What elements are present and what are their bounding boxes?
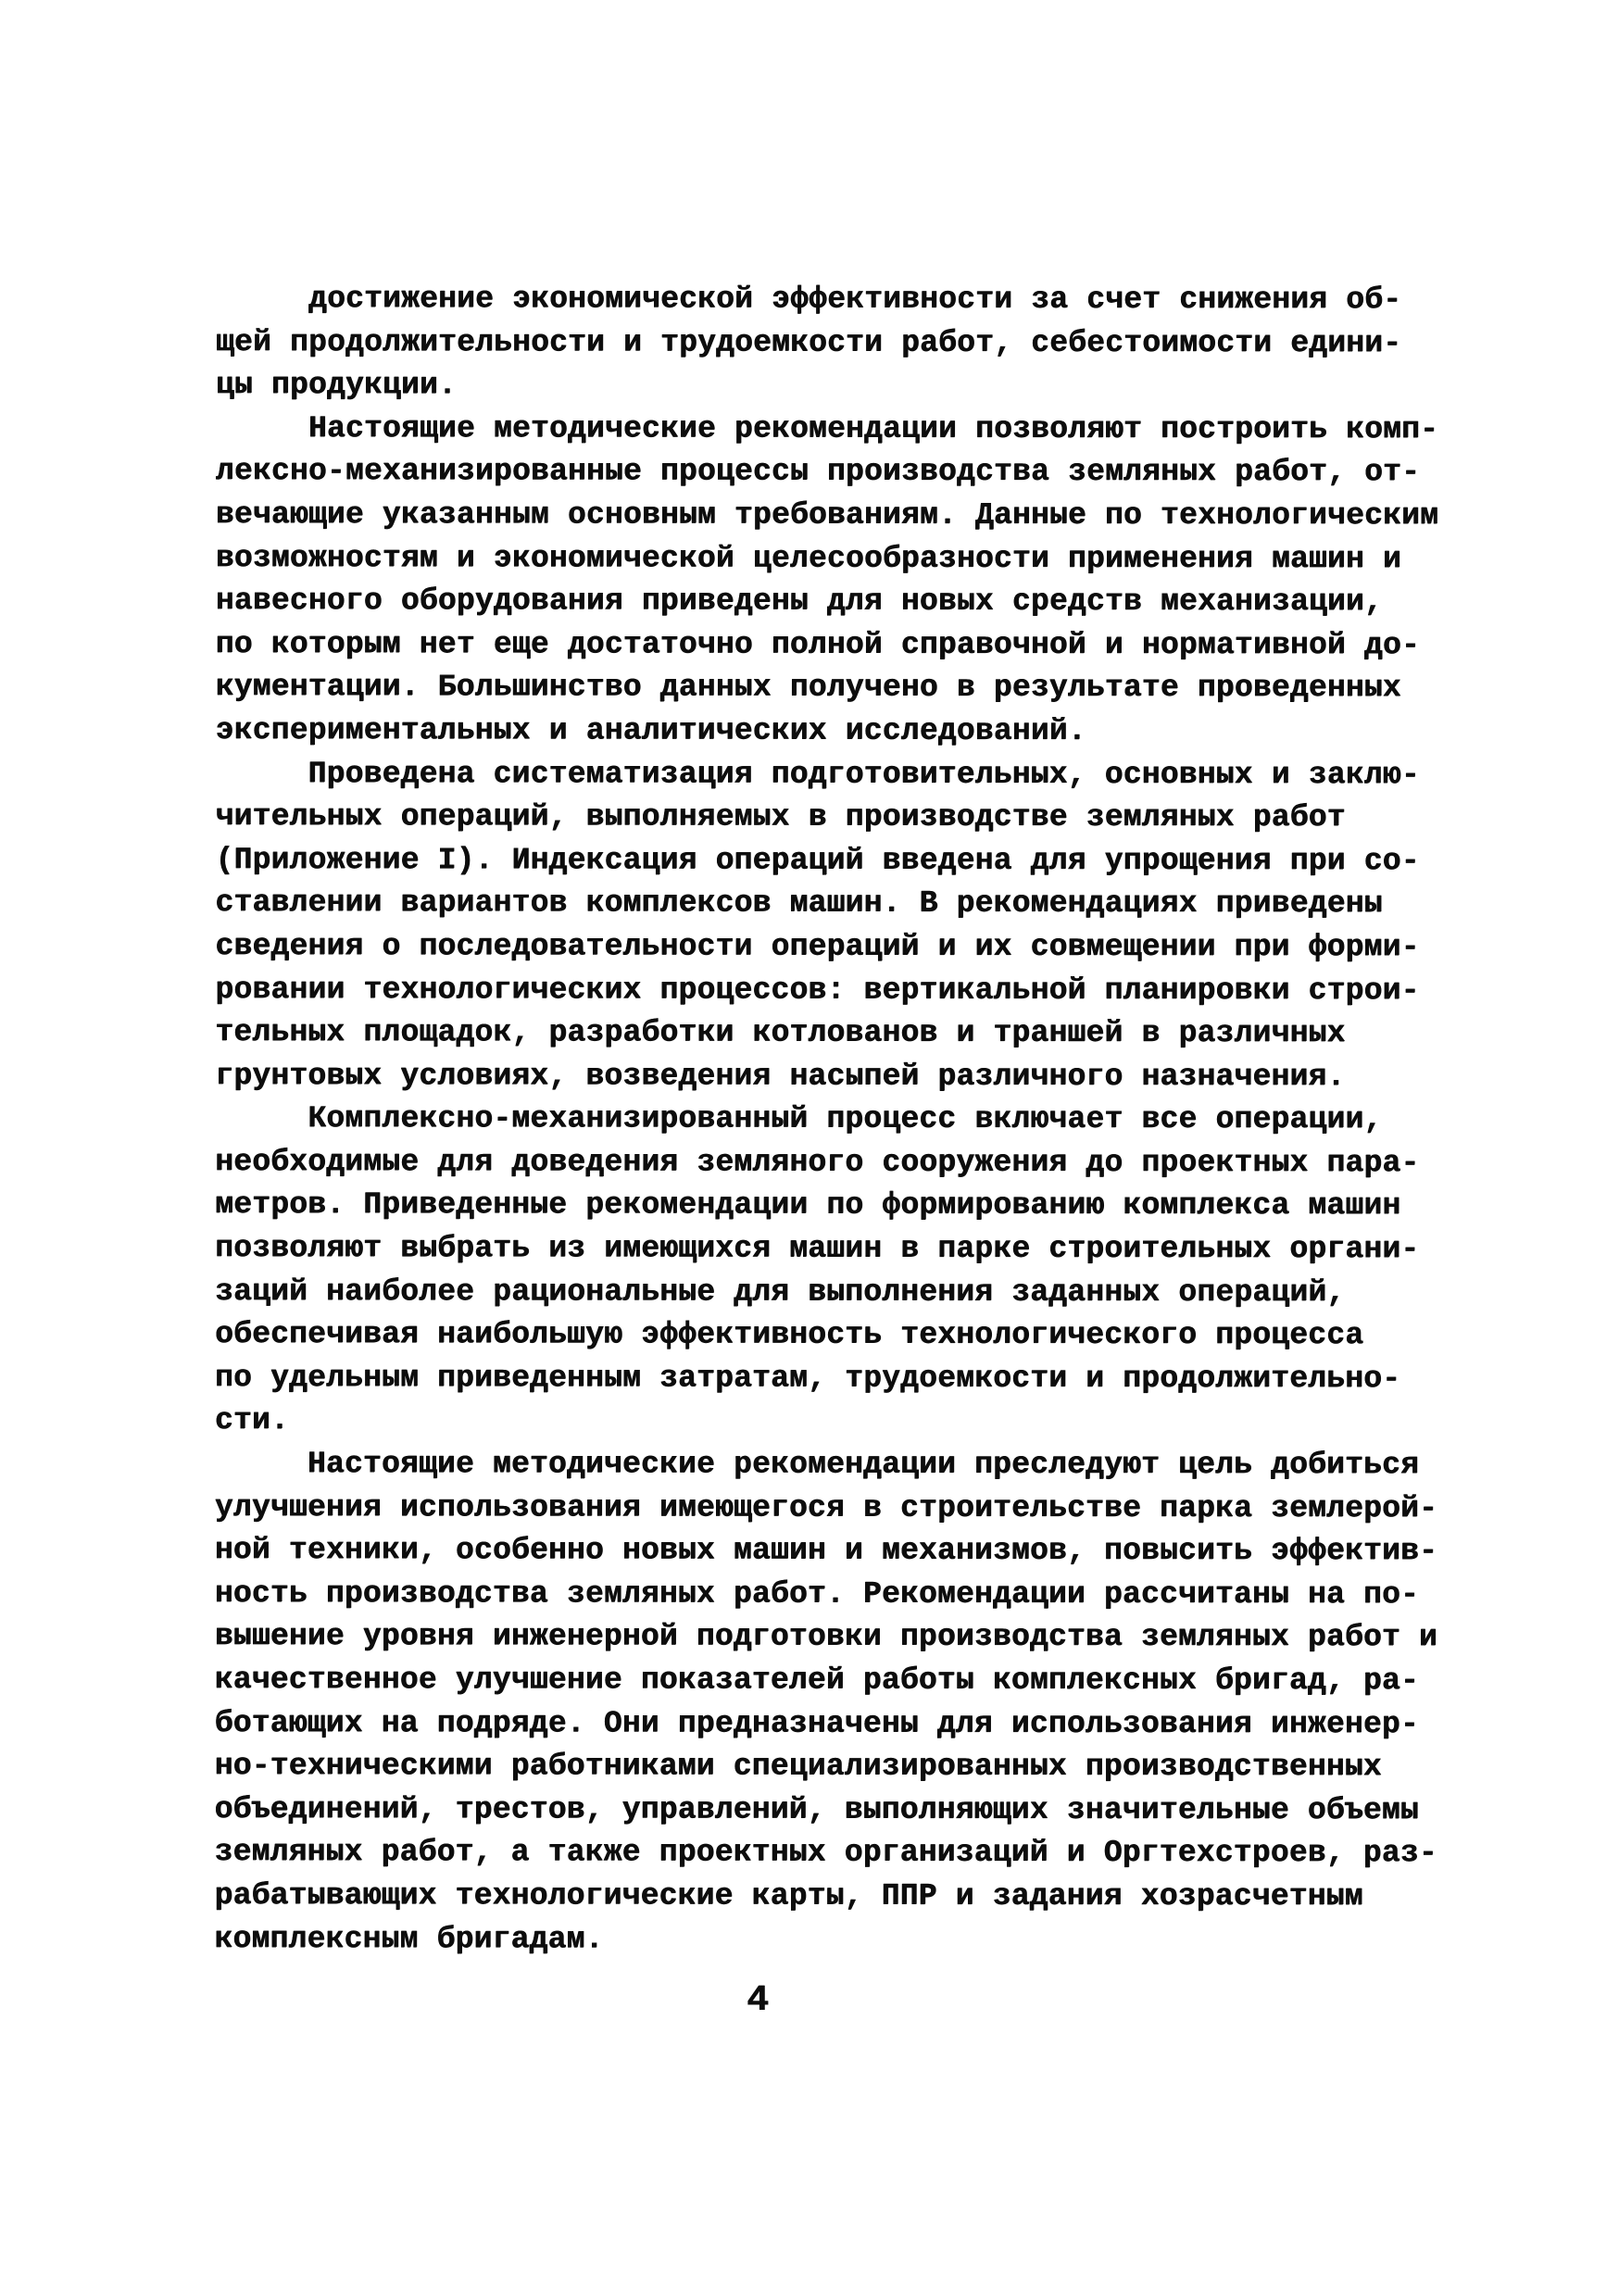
text-line: ной техники, особенно новых машин и меха… [215, 1529, 1456, 1574]
text-line: навесного оборудования приведены для нов… [216, 580, 1457, 624]
text-line: обеспечивая наибольшую эффективность тех… [215, 1313, 1456, 1358]
text-line: заций наиболее рациональные для выполнен… [215, 1271, 1456, 1315]
text-line: достижение экономической эффективности з… [216, 278, 1457, 322]
text-line: возможностям и экономической целесообраз… [216, 537, 1457, 582]
text-line: комплексным бригадам. [214, 1918, 1455, 1963]
document-page: достижение экономической эффективности з… [0, 0, 1619, 2296]
text-line: грунтовых условиях, возведения насыпей р… [215, 1055, 1456, 1099]
text-line: вечающие указанным основным требованиям.… [216, 494, 1457, 538]
text-line: экспериментальных и аналитических исслед… [216, 709, 1457, 754]
text-line: (Приложение I). Индексация операций введ… [215, 839, 1456, 884]
text-line: кументации. Большинство данных получено … [216, 666, 1457, 710]
paragraph-4: Комплексно-механизированный процесс вклю… [215, 1098, 1456, 1444]
text-line: цы продукции. [216, 364, 1457, 408]
text-line: вышение уровня инженерной подготовки про… [215, 1615, 1456, 1660]
text-line: лексно-механизированные процессы произво… [216, 450, 1457, 495]
paragraph-1: достижение экономической эффективности з… [216, 278, 1457, 408]
text-line: ботающих на подряде. Они предназначены д… [215, 1702, 1456, 1747]
text-line: сведения о последовательности операций и… [215, 925, 1456, 970]
text-line: объединений, трестов, управлений, выполн… [215, 1788, 1456, 1833]
text-line: но-техническими работниками специализиро… [215, 1745, 1456, 1789]
text-line: по удельным приведенным затратам, трудое… [215, 1357, 1456, 1401]
text-line: позволяют выбрать из имеющихся машин в п… [215, 1227, 1456, 1272]
paragraph-5: Настоящие методические рекомендации прес… [214, 1443, 1455, 1962]
text-line: сти. [215, 1399, 1456, 1444]
text-line: по которым нет еще достаточно полной спр… [216, 623, 1457, 668]
text-line: щей продолжительности и трудоемкости раб… [216, 321, 1457, 366]
paragraph-2: Настоящие методические рекомендации позв… [216, 408, 1457, 754]
text-line: ность производства земляных работ. Реком… [215, 1573, 1456, 1617]
paragraph-3: Проведена систематизация подготовительны… [215, 753, 1456, 1099]
text-line: Настоящие методические рекомендации прес… [215, 1443, 1456, 1487]
page-number: 4 [747, 1980, 769, 2022]
text-line: метров. Приведенные рекомендации по форм… [215, 1184, 1456, 1228]
text-line: Проведена систематизация подготовительны… [216, 753, 1457, 797]
text-line: ставлении вариантов комплексов машин. В … [215, 882, 1456, 926]
text-line: земляных работ, а также проектных органи… [214, 1831, 1455, 1876]
text-line: качественное улучшение показателей работ… [215, 1659, 1456, 1703]
page-text-block: достижение экономической эффективности з… [214, 278, 1457, 1962]
text-line: необходимые для доведения земляного соор… [215, 1141, 1456, 1186]
text-line: Настоящие методические рекомендации позв… [216, 408, 1457, 452]
text-line: рабатывающих технологические карты, ППР … [214, 1875, 1455, 1919]
text-line: Комплексно-механизированный процесс вклю… [215, 1098, 1456, 1142]
text-line: тельных площадок, разработки котлованов … [215, 1011, 1456, 1056]
text-line: улучшения использования имеющегося в стр… [215, 1487, 1456, 1531]
text-line: чительных операций, выполняемых в произв… [215, 796, 1456, 840]
text-line: ровании технологических процессов: верти… [215, 968, 1456, 1012]
